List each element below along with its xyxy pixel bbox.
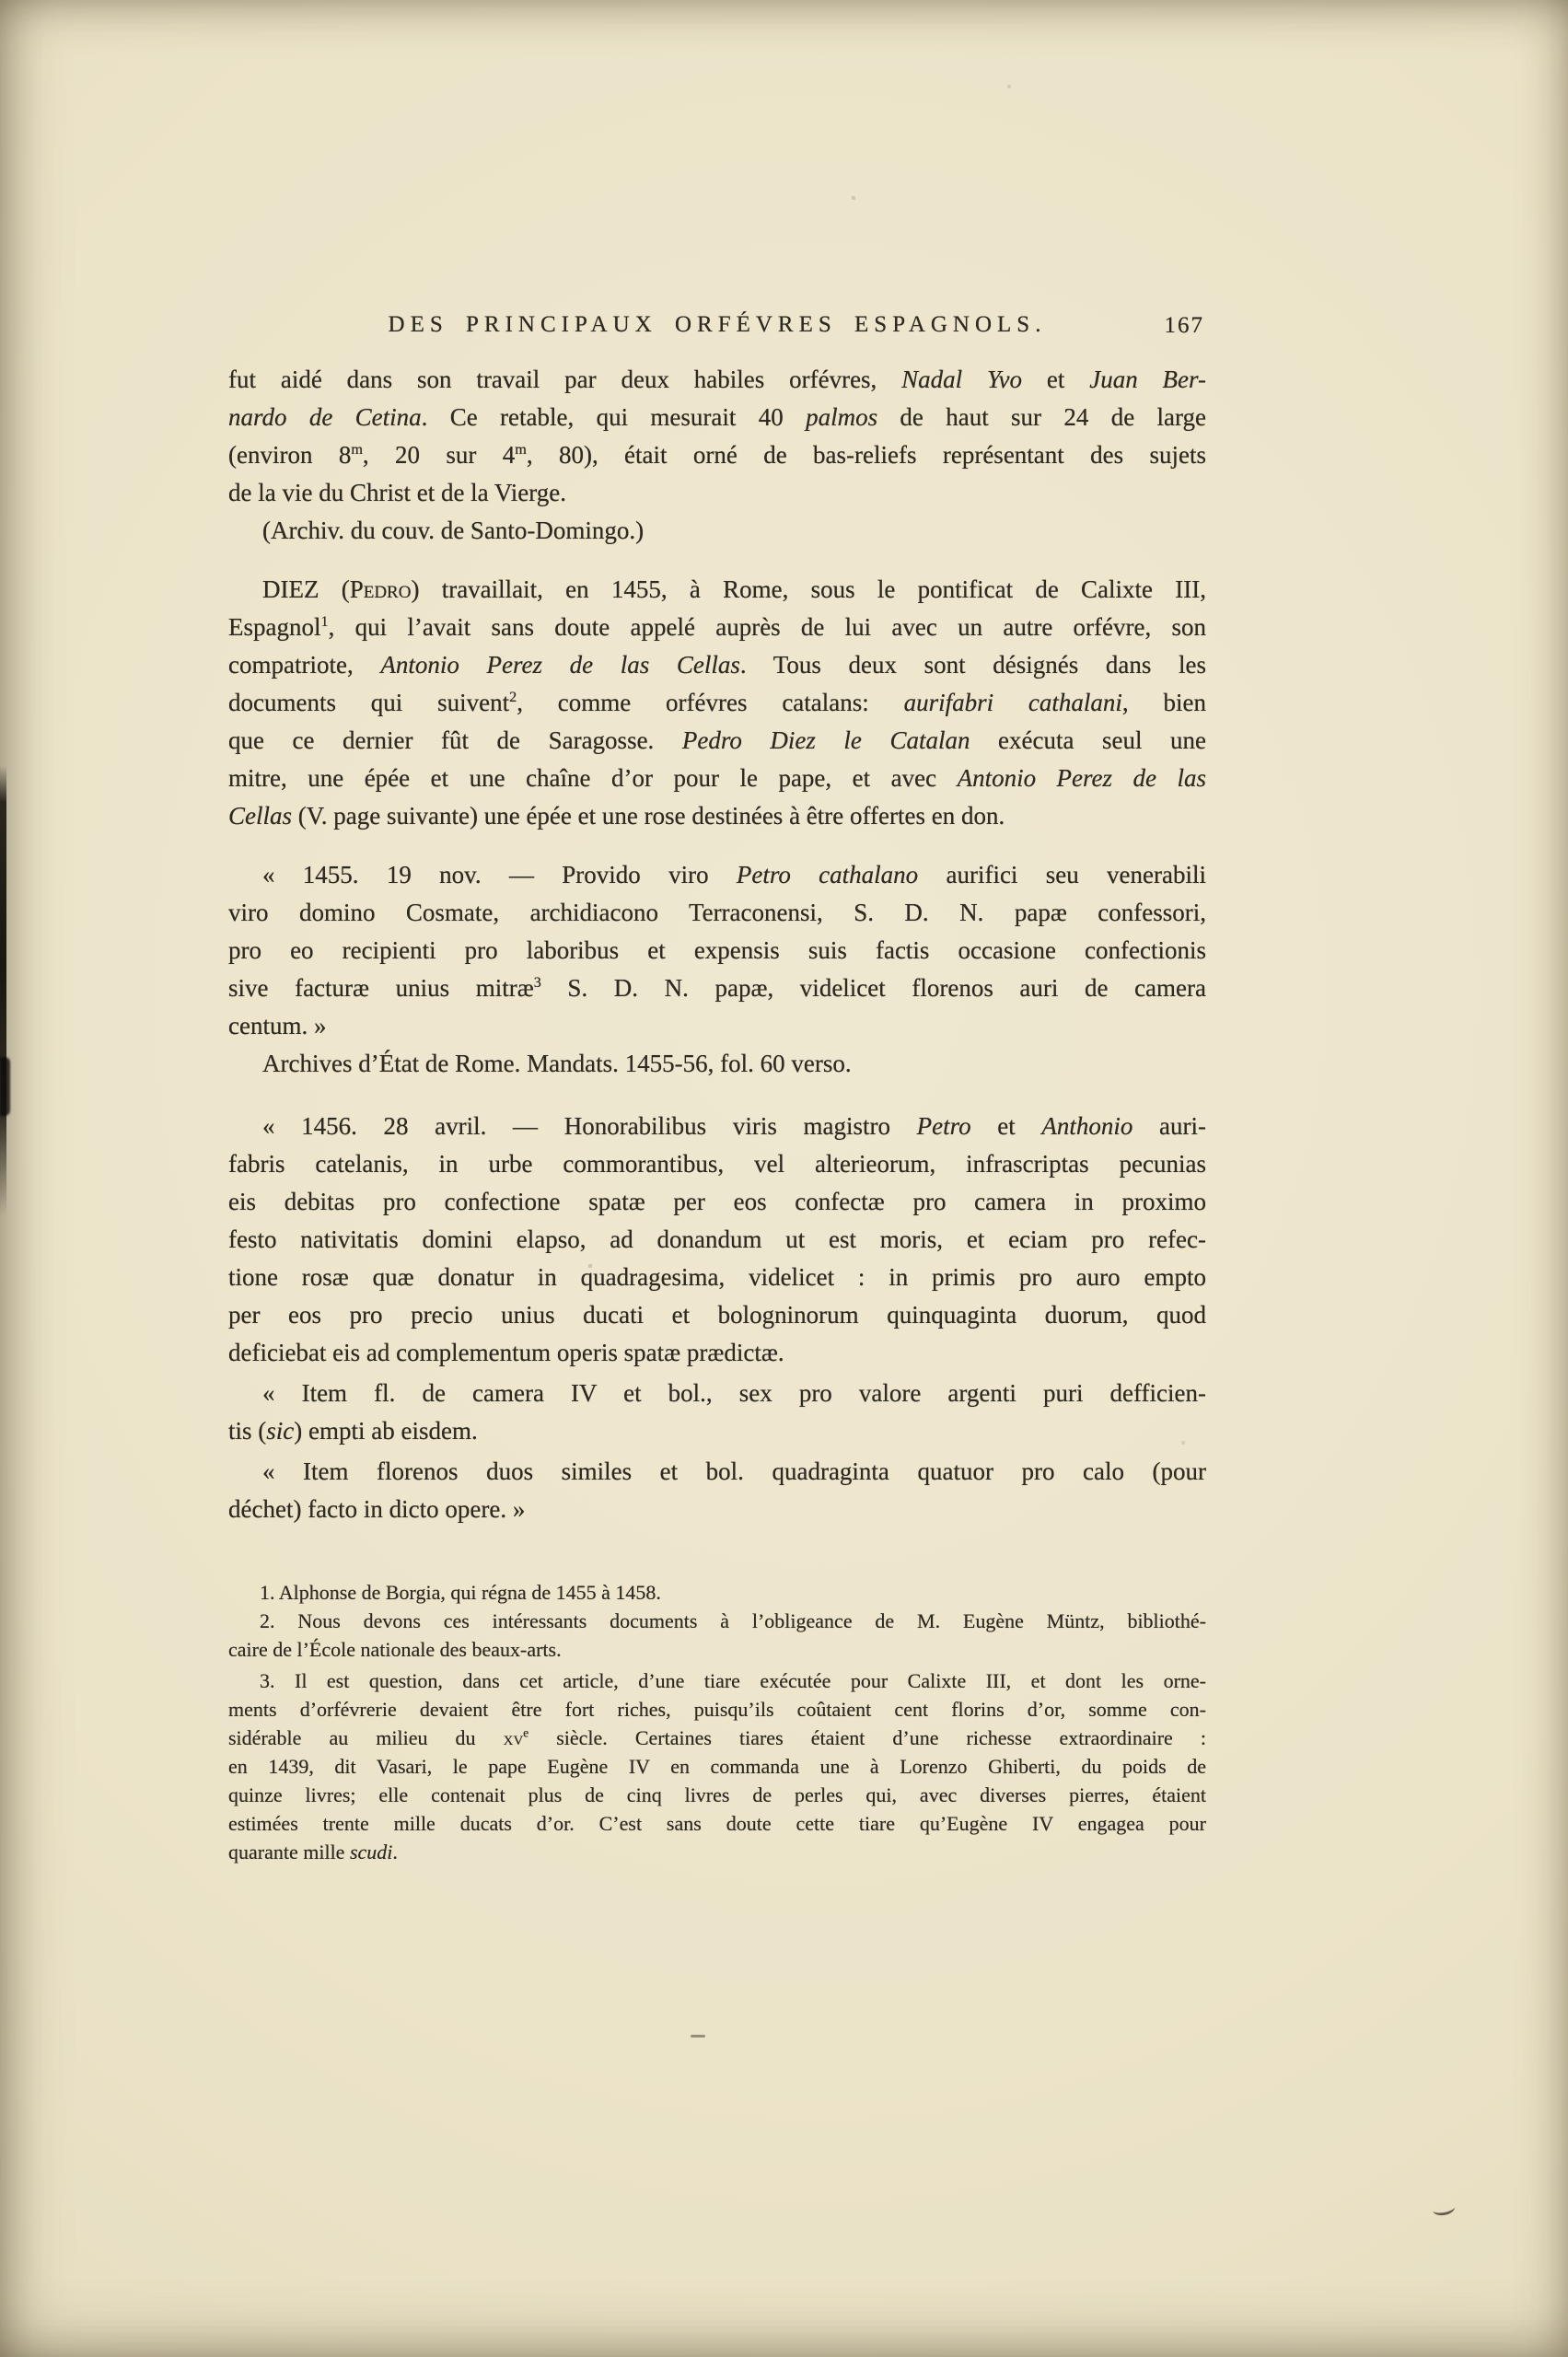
text-line: tis (sic) empti ab eisdem. [228, 1412, 1206, 1450]
text-segment: Nadal Yvo [901, 366, 1022, 393]
text-segment: « Item fl. de camera IV et bol., sex pro… [262, 1379, 1206, 1407]
scan-mark-bottom-right [1432, 2200, 1456, 2217]
text-segment: de haut sur 24 de large [877, 403, 1206, 431]
text-segment: et [1022, 366, 1089, 393]
footnotes: 1. Alphonse de Borgia, qui régna de 1455… [228, 1578, 1206, 1866]
text-segment: auri- [1132, 1112, 1206, 1140]
text-line: « 1456. 28 avril. — Honorabilibus viris … [228, 1108, 1206, 1145]
text-segment: caire de l’École nationale des beaux-art… [228, 1638, 562, 1661]
scan-mark-bottom-center [691, 2035, 705, 2038]
scan-binding-edge-mark [0, 766, 6, 1215]
text-line: (Archiv. du couv. de Santo-Domingo.) [228, 512, 1206, 550]
running-head: DES PRINCIPAUX ORFÉVRES ESPAGNOLS. 167 [228, 312, 1206, 338]
text-segment: aurifici seu venerabili [918, 861, 1206, 888]
text-segment: eis debitas pro confectione spatæ per eo… [228, 1188, 1206, 1215]
text-segment: DIEZ ( [262, 575, 350, 603]
text-segment: tione rosæ quæ donatur in quadragesima, … [228, 1263, 1206, 1291]
text-line: 3. Il est question, dans cet article, d’… [228, 1666, 1206, 1695]
text-line: ments d’orfévrerie devaient être fort ri… [228, 1695, 1206, 1724]
text-line: tione rosæ quæ donatur in quadragesima, … [228, 1259, 1206, 1296]
text-line: estimées trente mille ducats d’or. C’est… [228, 1809, 1206, 1838]
text-segment: Antonio Perez de las Cellas [380, 651, 740, 679]
text-segment: sic [266, 1417, 294, 1445]
text-line: sidérable au milieu du xve siècle. Certa… [228, 1724, 1206, 1752]
text-segment: deficiebat eis ad complementum operis sp… [228, 1339, 784, 1366]
text-segment: quinze livres; elle contenait plus de ci… [228, 1783, 1206, 1806]
text-line: « Item fl. de camera IV et bol., sex pro… [228, 1375, 1206, 1412]
footnote-3: 3. Il est question, dans cet article, d’… [228, 1666, 1206, 1866]
text-line: DIEZ (Pedro) travaillait, en 1455, à Rom… [228, 571, 1206, 609]
text-segment: tis ( [228, 1417, 266, 1445]
text-segment: 1 [321, 613, 329, 630]
text-line: 1. Alphonse de Borgia, qui régna de 1455… [228, 1578, 1206, 1607]
body-text: fut aidé dans son travail par deux habil… [228, 361, 1206, 1528]
scan-specks [0, 0, 2, 2]
text-segment: pro eo recipienti pro laboribus et expen… [228, 936, 1206, 964]
text-line: eis debitas pro confectione spatæ per eo… [228, 1183, 1206, 1221]
text-segment: 2 [509, 689, 517, 705]
text-segment: , 20 sur 4 [363, 441, 515, 469]
text-line: de la vie du Christ et de la Vierge. [228, 474, 1206, 512]
text-segment: m [515, 441, 527, 458]
text-segment: Pedro [350, 575, 412, 603]
text-segment: fut aidé dans son travail par deux habil… [228, 366, 901, 393]
text-segment: xv [504, 1726, 524, 1749]
text-segment: « 1456. 28 avril. — Honorabilibus viris … [262, 1112, 917, 1140]
text-segment: 2. Nous devons ces intéressants document… [260, 1609, 1206, 1632]
paragraph-diez: DIEZ (Pedro) travaillait, en 1455, à Rom… [228, 571, 1206, 835]
text-line: festo nativitatis domini elapso, ad dona… [228, 1221, 1206, 1259]
text-segment: S. D. N. papæ, videlicet florenos auri d… [541, 974, 1206, 1002]
text-segment: (V. page suivante) une épée et une rose … [292, 802, 1005, 830]
text-line: documents qui suivent2, comme orfévres c… [228, 684, 1206, 722]
text-segment: 1. Alphonse de Borgia, qui régna de 1455… [260, 1581, 661, 1604]
footnote-2: 2. Nous devons ces intéressants document… [228, 1607, 1206, 1664]
text-segment: « 1455. 19 nov. — Provido viro [262, 861, 737, 888]
text-line: mitre, une épée et une chaîne d’or pour … [228, 760, 1206, 797]
text-segment: centum. » [228, 1012, 326, 1039]
text-segment: siècle. Certaines tiares étaient d’une r… [528, 1726, 1206, 1749]
text-segment: Juan Ber- [1089, 366, 1206, 393]
text-line: nardo de Cetina. Ce retable, qui mesurai… [228, 399, 1206, 436]
book-page: DES PRINCIPAUX ORFÉVRES ESPAGNOLS. 167 f… [0, 0, 1568, 2357]
text-line: quarante mille scudi. [228, 1838, 1206, 1866]
running-header-title: DES PRINCIPAUX ORFÉVRES ESPAGNOLS. [228, 312, 1206, 338]
text-segment: 3 [534, 974, 541, 991]
text-line: deficiebat eis ad complementum operis sp… [228, 1334, 1206, 1372]
text-segment: sidérable au milieu du [228, 1726, 504, 1749]
text-segment: Antonio Perez de las [958, 764, 1206, 792]
text-segment: Espagnol [228, 613, 321, 641]
text-line: centum. » [228, 1007, 1206, 1045]
text-segment: , 80), était orné de bas-reliefs représe… [527, 441, 1206, 469]
text-segment: scudi [350, 1840, 392, 1864]
text-segment: mitre, une épée et une chaîne d’or pour … [228, 764, 958, 792]
text-segment: Anthonio [1041, 1112, 1132, 1140]
quote-1455: « 1455. 19 nov. — Provido viro Petro cat… [228, 856, 1206, 1045]
page-number: 167 [1165, 313, 1205, 339]
text-line: per eos pro precio unius ducati et bolog… [228, 1296, 1206, 1334]
text-line: « Item florenos duos similes et bol. qua… [228, 1453, 1206, 1491]
text-line: Cellas (V. page suivante) une épée et un… [228, 797, 1206, 835]
text-line: pro eo recipienti pro laboribus et expen… [228, 932, 1206, 970]
text-segment: 3. Il est question, dans cet article, d’… [260, 1669, 1206, 1692]
text-segment: ments d’orfévrerie devaient être fort ri… [228, 1698, 1206, 1721]
text-line: viro domino Cosmate, archidiacono Terrac… [228, 894, 1206, 932]
text-segment: (environ 8 [228, 441, 351, 469]
text-segment: festo nativitatis domini elapso, ad dona… [228, 1225, 1206, 1253]
text-segment: « Item florenos duos similes et bol. qua… [262, 1457, 1206, 1485]
text-segment: estimées trente mille ducats d’or. C’est… [228, 1812, 1206, 1835]
text-segment: . [392, 1840, 398, 1864]
text-segment: Petro [917, 1112, 971, 1140]
text-segment: . Ce retable, qui mesurait 40 [422, 403, 806, 431]
text-segment: nardo de Cetina [228, 403, 422, 431]
text-segment: Archives d’État de Rome. Mandats. 1455-5… [262, 1050, 852, 1077]
scanned-book-page: { "colors": { "paper": "#ece4c9", "ink":… [0, 0, 1568, 2357]
text-segment: aurifabri cathalani [904, 689, 1122, 716]
text-segment: Pedro Diez le Catalan [682, 726, 970, 754]
scan-binding-edge-blob [0, 1057, 10, 1116]
text-line: quinze livres; elle contenait plus de ci… [228, 1781, 1206, 1809]
text-line: en 1439, dit Vasari, le pape Eugène IV e… [228, 1752, 1206, 1781]
text-segment: (Archiv. du couv. de Santo-Domingo.) [262, 517, 644, 544]
text-line: Espagnol1, qui l’avait sans doute appelé… [228, 609, 1206, 646]
text-line: Archives d’État de Rome. Mandats. 1455-5… [228, 1045, 1206, 1083]
text-segment: et [971, 1112, 1042, 1140]
text-segment: que ce dernier fût de Saragosse. [228, 726, 682, 754]
text-line: (environ 8m, 20 sur 4m, 80), était orné … [228, 436, 1206, 474]
text-segment: , comme orfévres catalans: [517, 689, 903, 716]
text-segment: , qui l’avait sans doute appelé auprès d… [329, 613, 1206, 641]
text-line: 2. Nous devons ces intéressants document… [228, 1607, 1206, 1635]
footnote-1: 1. Alphonse de Borgia, qui régna de 1455… [228, 1578, 1206, 1607]
text-segment: m [351, 441, 363, 458]
text-segment: ) empti ab eisdem. [294, 1417, 477, 1445]
paragraph-retable: fut aidé dans son travail par deux habil… [228, 361, 1206, 512]
text-segment: ) travaillait, en 1455, à Rome, sous le … [411, 575, 1206, 603]
text-segment: palmos [806, 403, 877, 431]
text-line: caire de l’École nationale des beaux-art… [228, 1635, 1206, 1664]
text-line: sive facturæ unius mitræ3 S. D. N. papæ,… [228, 970, 1206, 1007]
paragraph-archives: Archives d’État de Rome. Mandats. 1455-5… [228, 1045, 1206, 1083]
text-segment: sive facturæ unius mitræ [228, 974, 534, 1002]
text-segment: exécuta seul une [970, 726, 1206, 754]
text-line: compatriote, Antonio Perez de las Cellas… [228, 646, 1206, 684]
quote-1456: « 1456. 28 avril. — Honorabilibus viris … [228, 1108, 1206, 1372]
text-segment: compatriote, [228, 651, 380, 679]
text-segment: . Tous deux sont désignés dans les [740, 651, 1206, 679]
quote-item-2: « Item florenos duos similes et bol. qua… [228, 1453, 1206, 1528]
text-segment: Petro cathalano [737, 861, 918, 888]
text-segment: per eos pro precio unius ducati et bolog… [228, 1301, 1206, 1329]
text-segment: quarante mille [228, 1840, 350, 1864]
text-line: déchet) facto in dicto opere. » [228, 1491, 1206, 1528]
text-line: fabris catelanis, in urbe commorantibus,… [228, 1145, 1206, 1183]
text-segment: documents qui suivent [228, 689, 509, 716]
text-line: fut aidé dans son travail par deux habil… [228, 361, 1206, 399]
text-segment: fabris catelanis, in urbe commorantibus,… [228, 1150, 1206, 1178]
paragraph-archiv: (Archiv. du couv. de Santo-Domingo.) [228, 512, 1206, 550]
text-line: que ce dernier fût de Saragosse. Pedro D… [228, 722, 1206, 760]
text-segment: déchet) facto in dicto opere. » [228, 1495, 525, 1523]
text-line: « 1455. 19 nov. — Provido viro Petro cat… [228, 856, 1206, 894]
quote-item-1: « Item fl. de camera IV et bol., sex pro… [228, 1375, 1206, 1450]
text-segment: de la vie du Christ et de la Vierge. [228, 479, 566, 506]
text-segment: en 1439, dit Vasari, le pape Eugène IV e… [228, 1755, 1206, 1778]
text-segment: Cellas [228, 802, 292, 830]
text-segment: , bien [1122, 689, 1206, 716]
text-segment: viro domino Cosmate, archidiacono Terrac… [228, 899, 1206, 926]
